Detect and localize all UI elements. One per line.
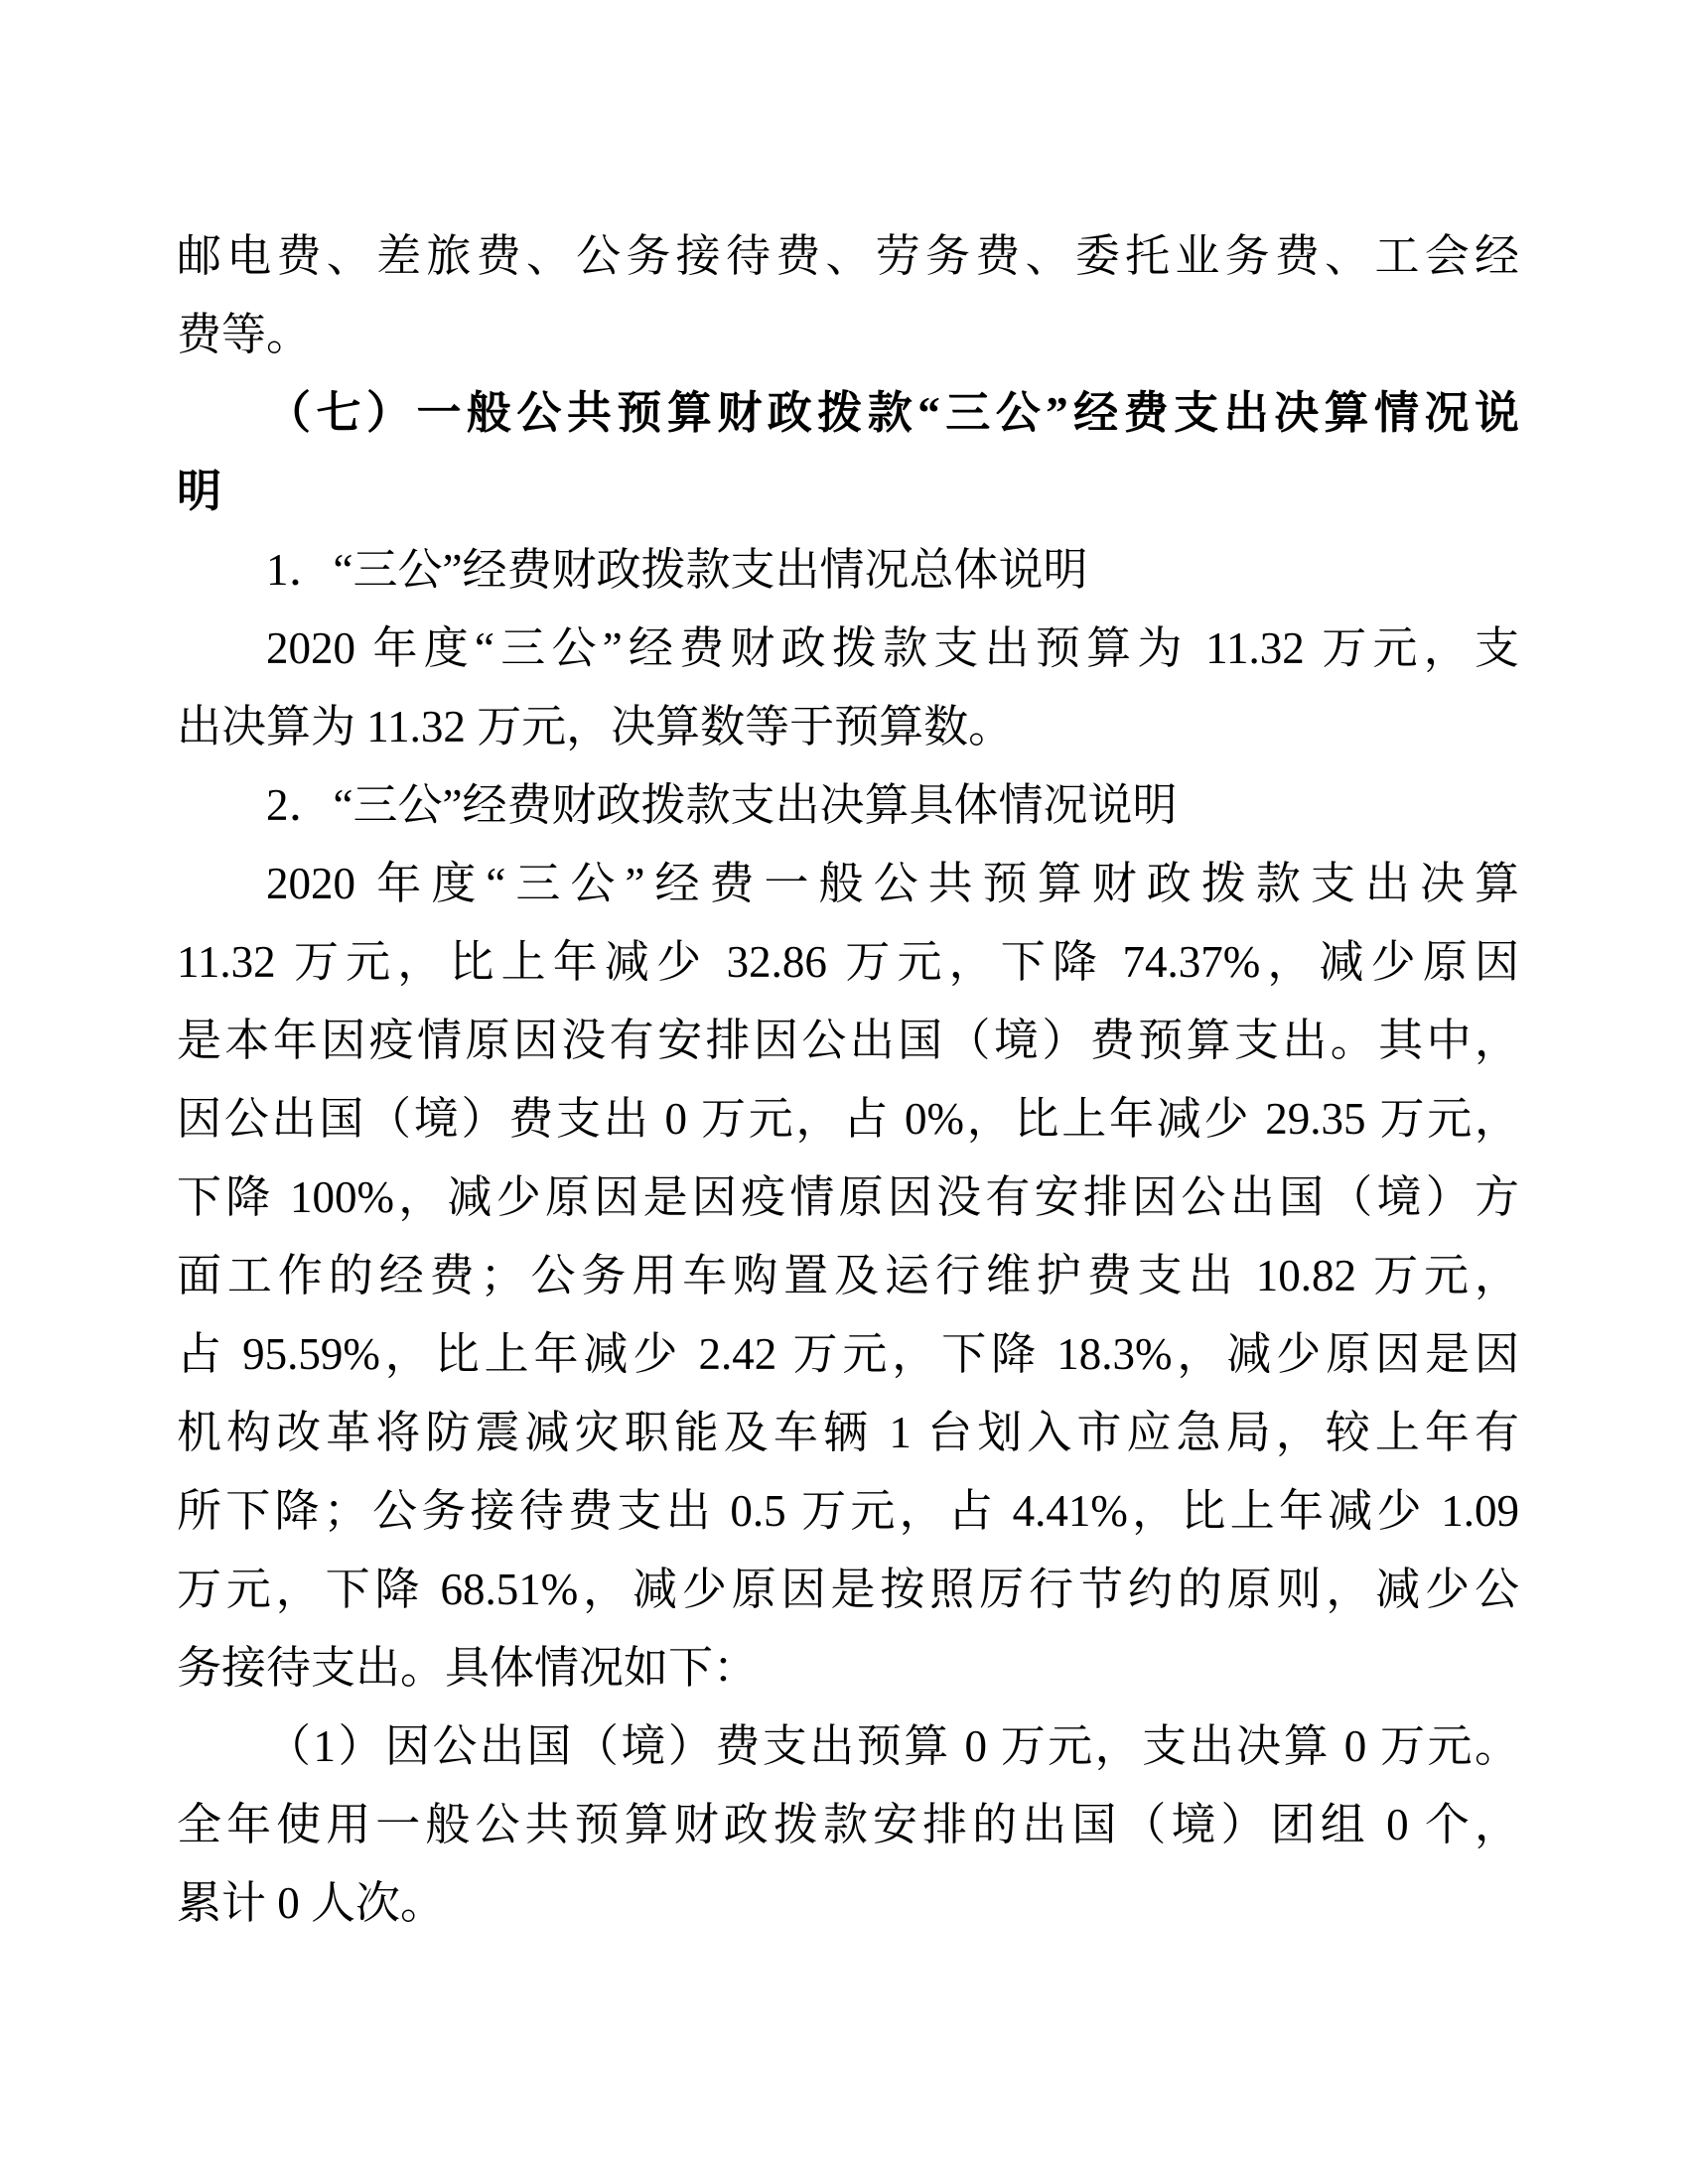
document-line: 占 95.59%，比上年减少 2.42 万元，下降 18.3%，减少原因是因 (177, 1315, 1519, 1394)
document-line: 费等。 (177, 296, 1519, 374)
subsection-heading: 2．“三公”经费财政拨款支出决算具体情况说明 (177, 766, 1519, 845)
document-line: 出决算为 11.32 万元，决算数等于预算数。 (177, 688, 1519, 766)
document-line: 11.32 万元，比上年减少 32.86 万元，下降 74.37%，减少原因 (177, 923, 1519, 1002)
section-heading: （七）一般公共预算财政拨款“三公”经费支出决算情况说 (177, 374, 1519, 453)
document-line: 全年使用一般公共预算财政拨款安排的出国（境）团组 0 个， (177, 1786, 1519, 1864)
document-line: 面工作的经费；公务用车购置及运行维护费支出 10.82 万元， (177, 1237, 1519, 1315)
document-page: 邮电费、差旅费、公务接待费、劳务费、委托业务费、工会经 费等。 （七）一般公共预… (0, 0, 1688, 2184)
text-block: 邮电费、差旅费、公务接待费、劳务费、委托业务费、工会经 费等。 （七）一般公共预… (177, 217, 1519, 1943)
document-line: 下降 100%，减少原因是因疫情原因没有安排因公出国（境）方 (177, 1159, 1519, 1237)
document-line: 因公出国（境）费支出 0 万元，占 0%，比上年减少 29.35 万元， (177, 1080, 1519, 1159)
document-line: 2020 年度“三公”经费一般公共预算财政拨款支出决算 (177, 845, 1519, 923)
document-line: 邮电费、差旅费、公务接待费、劳务费、委托业务费、工会经 (177, 217, 1519, 296)
document-line: 所下降；公务接待费支出 0.5 万元，占 4.41%，比上年减少 1.09 (177, 1472, 1519, 1551)
document-line: 务接待支出。具体情况如下： (177, 1629, 1519, 1707)
subsection-heading: 1．“三公”经费财政拨款支出情况总体说明 (177, 531, 1519, 610)
document-line: 机构改革将防震减灾职能及车辆 1 台划入市应急局，较上年有 (177, 1394, 1519, 1472)
document-line: 累计 0 人次。 (177, 1864, 1519, 1943)
document-line: 是本年因疫情原因没有安排因公出国（境）费预算支出。其中， (177, 1002, 1519, 1080)
document-line: 2020 年度“三公”经费财政拨款支出预算为 11.32 万元，支 (177, 610, 1519, 688)
document-line: （1）因公出国（境）费支出预算 0 万元，支出决算 0 万元。 (177, 1707, 1519, 1786)
document-line: 万元，下降 68.51%，减少原因是按照厉行节约的原则，减少公 (177, 1551, 1519, 1629)
section-heading: 明 (177, 453, 1519, 531)
